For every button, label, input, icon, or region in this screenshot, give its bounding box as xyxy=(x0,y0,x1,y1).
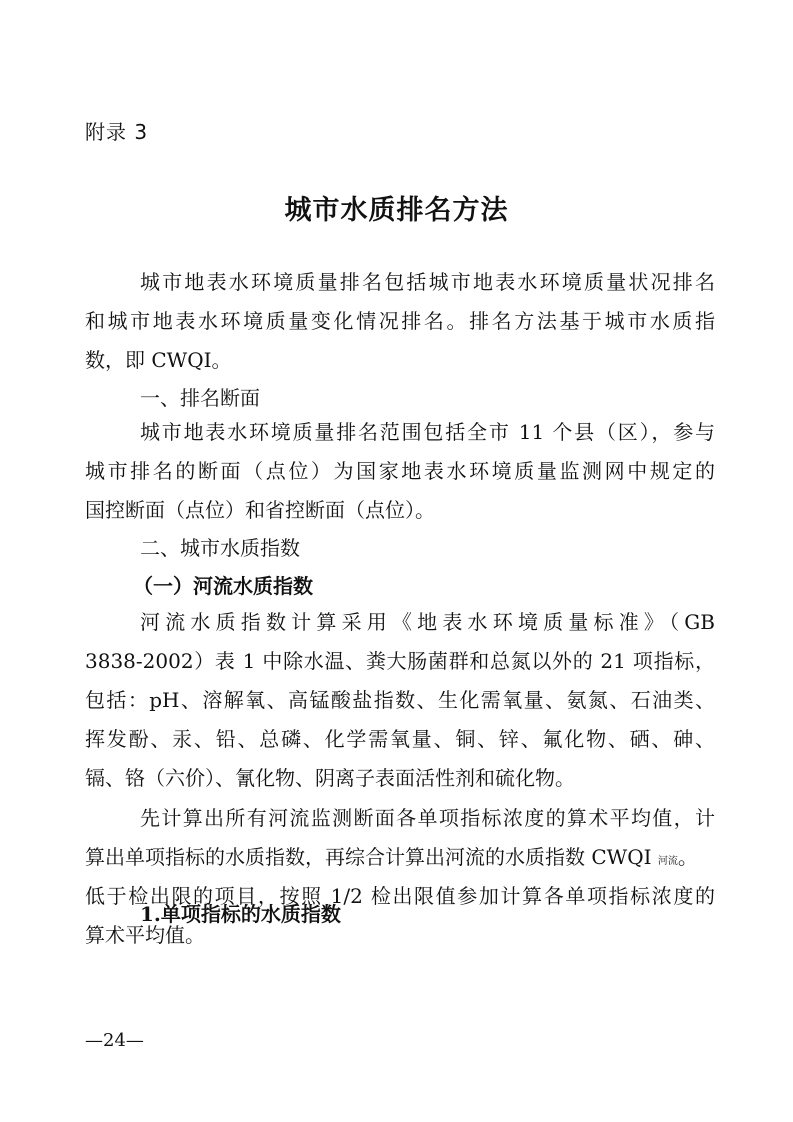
para1-line-3: 包括：pH、溶解氧、高锰酸盐指数、生化需氧量、氨氮、石油类、 xyxy=(85,686,715,714)
intro-line-3: 数，即 CWQI。 xyxy=(85,346,715,374)
intro-line-1: 城市地表水环境质量排名包括城市地表水环境质量状况排名 xyxy=(140,268,715,296)
intro-line-2: 和城市地表水环境质量变化情况排名。排名方法基于城市水质指 xyxy=(85,307,715,335)
para2-line-1: 先计算出所有河流监测断面各单项指标浓度的算术平均值，计 xyxy=(140,804,715,832)
para2-line-2-text: 算出单项指标的水质指数，再综合计算出河流的水质指数 CWQI xyxy=(85,845,652,869)
document-page: 附录 3 城市水质排名方法 城市地表水环境质量排名包括城市地表水环境质量状况排名… xyxy=(0,0,793,1122)
para1-line-2: 3838-2002）表 1 中除水温、粪大肠菌群和总氮以外的 21 项指标， xyxy=(85,647,715,675)
cwqi-suffix: 。 xyxy=(678,845,698,869)
para1-line-1: 河流水质指数计算采用《地表水环境质量标准》（GB xyxy=(140,608,715,636)
section1-line-1: 城市地表水环境质量排名范围包括全市 11 个县（区），参与 xyxy=(140,418,715,446)
para1-line-5: 镉、铬（六价）、氰化物、阴离子表面活性剂和硫化物。 xyxy=(85,764,715,792)
section1-line-2: 城市排名的断面（点位）为国家地表水环境质量监测网中规定的 xyxy=(85,457,715,485)
cwqi-subscript: 河流 xyxy=(658,856,678,867)
section2-heading: 二、城市水质指数 xyxy=(140,532,300,561)
page-number: —24— xyxy=(85,1030,144,1051)
section1-heading: 一、排名断面 xyxy=(140,382,260,411)
para1-line-4: 挥发酚、汞、铅、总磷、化学需氧量、铜、锌、氟化物、硒、砷、 xyxy=(85,725,715,753)
appendix-label: 附录 3 xyxy=(85,116,148,145)
section1-line-3: 国控断面（点位）和省控断面（点位）。 xyxy=(85,496,715,524)
page-title: 城市水质排名方法 xyxy=(0,188,793,227)
para2-line-2: 算出单项指标的水质指数，再综合计算出河流的水质指数 CWQI 河流。 xyxy=(85,843,698,876)
item1-heading: 1.单项指标的水质指数 xyxy=(140,898,341,927)
subsection1-heading: （一）河流水质指数 xyxy=(133,570,313,599)
